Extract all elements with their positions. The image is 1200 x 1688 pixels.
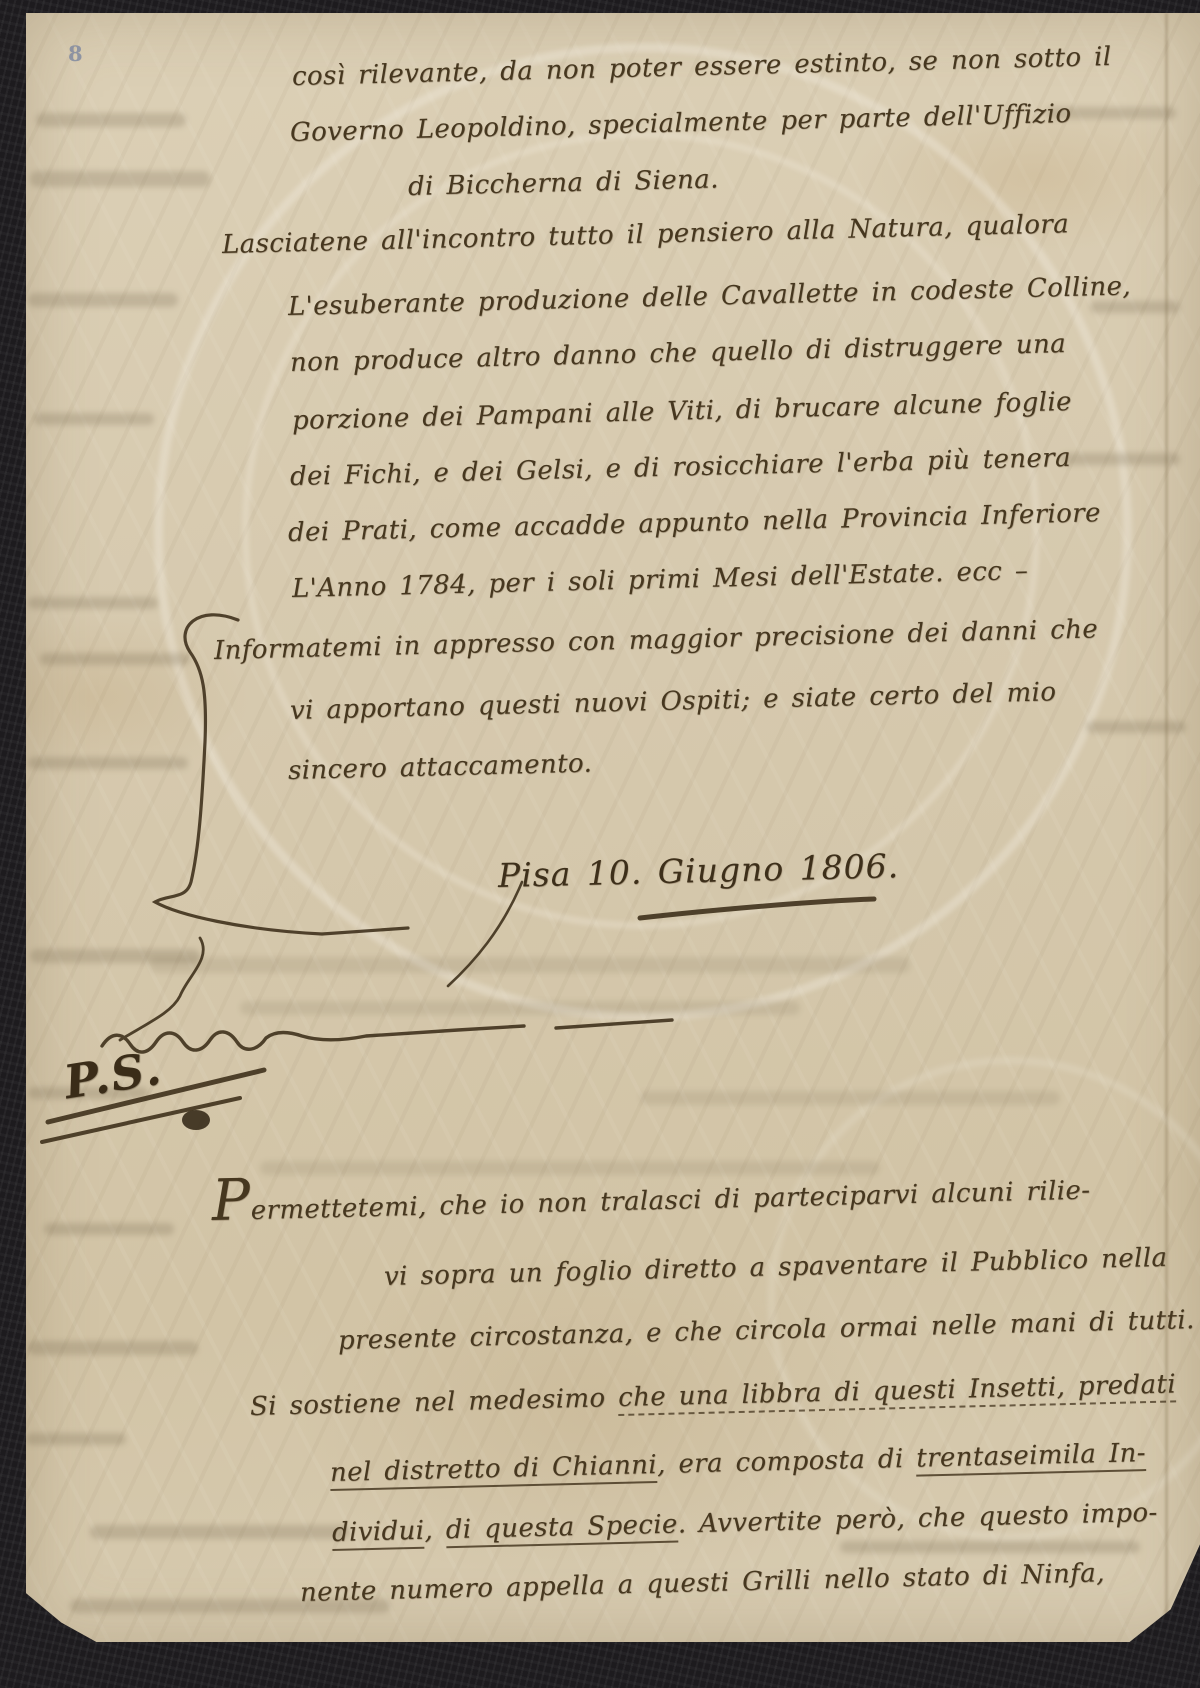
bleedthrough-smudge [36, 113, 186, 127]
bleedthrough-smudge [840, 1541, 1140, 1553]
bleedthrough-smudge [1060, 453, 1180, 465]
underlined-word: dividui [332, 1516, 425, 1551]
bleedthrough-smudge [44, 1223, 174, 1235]
bleedthrough-smudge [1086, 721, 1186, 733]
bleedthrough-smudge [260, 1161, 880, 1175]
bleedthrough-smudge [30, 171, 210, 187]
bleedthrough-smudge [90, 1525, 350, 1539]
bleedthrough-smudge [34, 413, 154, 425]
bleedthrough-smudge [28, 597, 158, 609]
bleedthrough-smudge [150, 957, 910, 973]
scanned-document: 8 così rilevante, da non poter essere es… [0, 0, 1200, 1688]
page-number: 8 [68, 41, 83, 66]
bleedthrough-smudge [28, 293, 178, 307]
bleedthrough-smudge [28, 757, 188, 769]
bleedthrough-smudge [26, 1433, 126, 1445]
line-text: , [424, 1515, 446, 1546]
line-text: , era composta di [657, 1444, 917, 1480]
dateline-date: Giugno 1806. [657, 846, 899, 891]
dateline-place: Pisa 10. [498, 852, 659, 895]
underlined-count: trentaseimila In- [916, 1438, 1146, 1477]
bleedthrough-smudge [240, 1001, 800, 1015]
bleedthrough-smudge [28, 1341, 198, 1355]
bleedthrough-smudge [40, 653, 190, 665]
underlined-species: di questa Specie [445, 1510, 678, 1549]
bleedthrough-smudge [640, 1091, 1060, 1105]
